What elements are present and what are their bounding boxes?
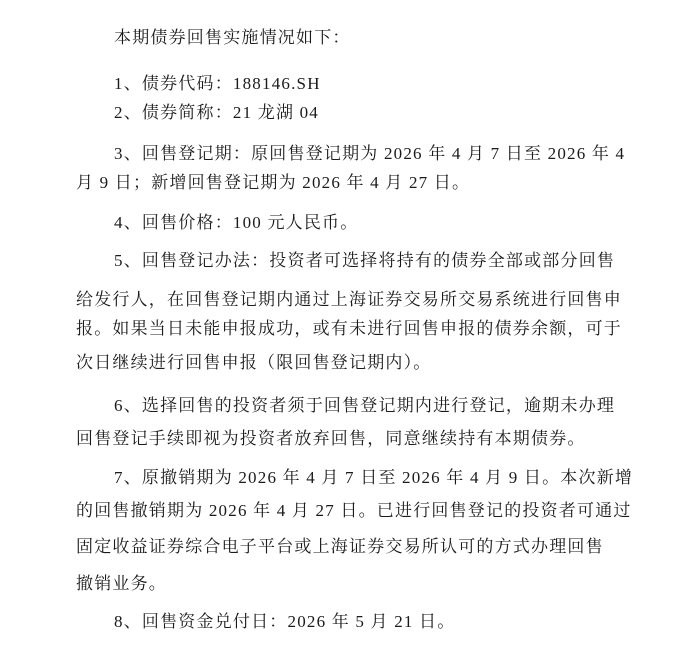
item-7-line-1: 7、原撤销期为 2026 年 4 月 7 日至 2026 年 4 月 9 日。本… (114, 467, 633, 489)
intro-text: 本期债券回售实施情况如下： (114, 27, 351, 49)
item-4-resale-price: 4、回售价格：100 元人民币。 (114, 212, 358, 234)
item-6-line-2: 回售登记手续即视为投资者放弃回售，同意继续持有本期债券。 (76, 428, 586, 450)
item-5-line-1: 5、回售登记办法：投资者可选择将持有的债券全部或部分回售 (114, 250, 615, 272)
item-3-line-1: 3、回售登记期：原回售登记期为 2026 年 4 月 7 日至 2026 年 4 (114, 143, 625, 165)
item-5-line-4: 次日继续进行回售申报（限回售登记期内）。 (76, 352, 432, 374)
item-1-bond-code: 1、债券代码：188146.SH (114, 73, 321, 95)
item-2-bond-abbreviation: 2、债券简称：21 龙湖 04 (114, 102, 319, 124)
item-7-line-3: 固定收益证券综合电子平台或上海证券交易所认可的方式办理回售 (76, 536, 604, 558)
item-7-line-2: 的回售撤销期为 2026 年 4 月 27 日。已进行回售登记的投资者可通过 (76, 500, 632, 522)
item-6-line-1: 6、选择回售的投资者须于回售登记期内进行登记，逾期未办理 (114, 395, 615, 417)
item-5-line-2: 给发行人，在回售登记期内通过上海证券交易所交易系统进行回售申 (76, 289, 622, 311)
item-3-line-2: 月 9 日；新增回售登记期为 2026 年 4 月 27 日。 (76, 172, 470, 194)
item-5-line-3: 报。如果当日未能申报成功，或有未进行回售申报的债券余额，可于 (76, 318, 622, 340)
item-7-line-4: 撤销业务。 (76, 573, 167, 595)
item-8-payment-date: 8、回售资金兑付日：2026 年 5 月 21 日。 (114, 611, 455, 633)
